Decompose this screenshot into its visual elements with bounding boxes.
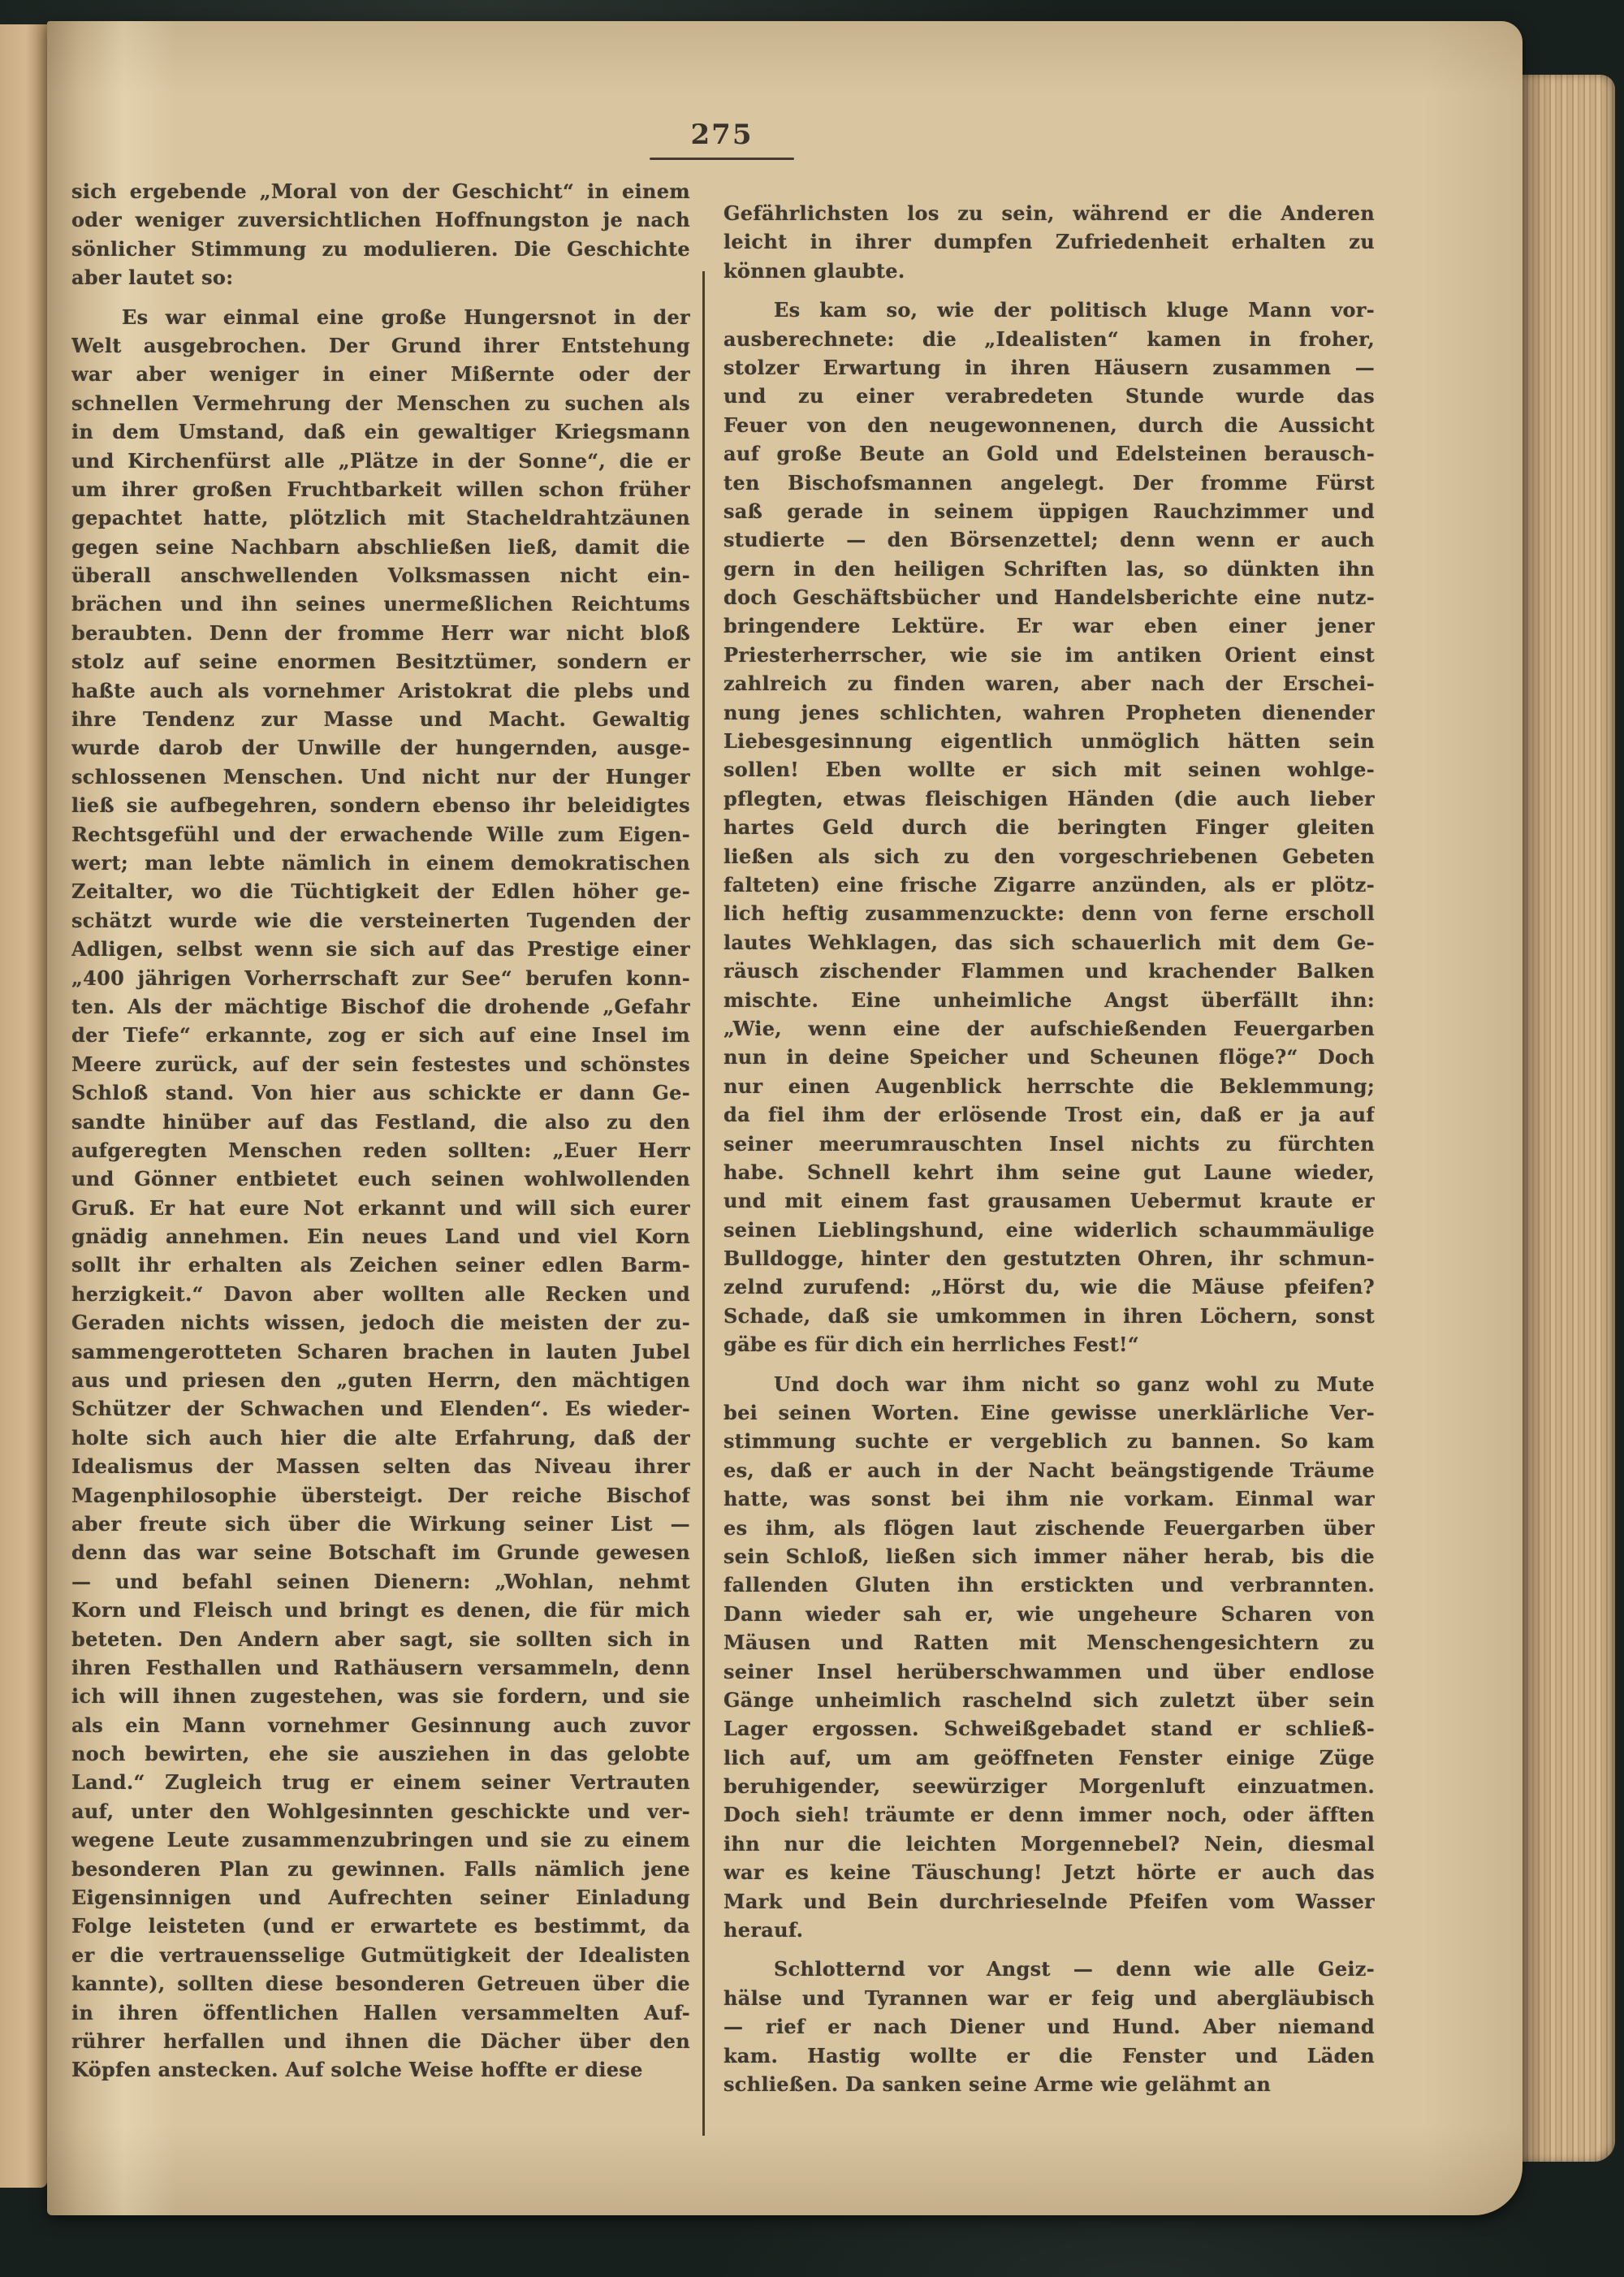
text-line: zelnd zurufend: „Hörst du, wie die Mäuse… [723, 1272, 1375, 1301]
text-line: beraubten. Denn der fromme Herr war nich… [71, 619, 690, 647]
text-line: bei seinen Worten. Eine gewisse unerklär… [723, 1398, 1375, 1427]
text-line: ihn nur die leichten Morgennebel? Nein, … [723, 1830, 1375, 1858]
text-line: überall anschwellenden Volksmassen nicht… [71, 561, 690, 590]
paragraph: Es kam so, wie der politisch kluge Mann … [723, 296, 1375, 1359]
text-line: wert; man lebte nämlich in einem demokra… [71, 849, 690, 877]
text-line: fallenden Gluten ihn erstickten und verb… [723, 1571, 1375, 1599]
text-column-left: sich ergebende „Moral von der Geschicht“… [71, 177, 690, 2085]
text-line: nung jenes schlichten, wahren Propheten … [723, 698, 1375, 727]
facing-page-edge [0, 24, 47, 2188]
text-line: war es keine Täuschung! Jetzt hörte er a… [723, 1858, 1375, 1886]
text-line: denn das war seine Botschaft im Grunde g… [71, 1538, 690, 1566]
text-line: „400 jährigen Vorherrschaft zur See“ ber… [71, 964, 690, 992]
text-line: mischte. Eine unheimliche Angst überfäll… [723, 986, 1375, 1014]
text-line: studierte — den Börsenzettel; denn wenn … [723, 525, 1375, 554]
text-line: ihre Tendenz zur Masse und Macht. Gewalt… [71, 705, 690, 733]
text-line: sein Schloß, ließen sich immer näher her… [723, 1542, 1375, 1571]
text-line: gepachtet hatte, plötzlich mit Stacheldr… [71, 503, 690, 532]
text-line: Doch sieh! träumte er denn immer noch, o… [723, 1800, 1375, 1829]
text-line: hartes Geld durch die beringten Finger g… [723, 813, 1375, 841]
text-line: gnädig annehmen. Ein neues Land und viel… [71, 1222, 690, 1251]
text-line: auf, unter den Wohlgesinnten geschickte … [71, 1797, 690, 1825]
paragraph: Gefährlichsten los zu sein, während er d… [723, 199, 1375, 285]
paragraph: Schlotternd vor Angst — denn wie alle Ge… [723, 1955, 1375, 2098]
text-line: lich auf, um am geöffneten Fenster einig… [723, 1743, 1375, 1772]
text-line: bringendere Lektüre. Er war eben einer j… [723, 611, 1375, 640]
text-line: noch bewirten, ehe sie ausziehen in das … [71, 1739, 690, 1768]
text-line: in dem Umstand, daß ein gewaltiger Krieg… [71, 417, 690, 446]
text-line: schnellen Vermehrung der Menschen zu suc… [71, 389, 690, 417]
text-line: holte sich auch hier die alte Erfahrung,… [71, 1424, 690, 1452]
text-line: beruhigender, seewürziger Morgenluft ein… [723, 1772, 1375, 1800]
text-line: Liebesgesinnung eigentlich unmöglich hät… [723, 727, 1375, 755]
text-line: stimmung suchte er vergeblich zu bannen.… [723, 1427, 1375, 1455]
text-line: Rechtsgefühl und der erwachende Wille zu… [71, 820, 690, 849]
text-line: stolzer Erwartung in ihren Häusern zusam… [723, 353, 1375, 382]
text-line: Feuer von den neugewonnenen, durch die A… [723, 411, 1375, 439]
text-line: um ihrer großen Fruchtbarkeit willen sch… [71, 475, 690, 503]
text-line: Mark und Bein durchrieselnde Pfeifen vom… [723, 1887, 1375, 1916]
text-line: schlossenen Menschen. Und nicht nur der … [71, 763, 690, 791]
text-line: brächen und ihn seines unermeßlichen Rei… [71, 590, 690, 618]
text-line: zahlreich zu finden waren, aber nach der… [723, 669, 1375, 698]
text-line: habe. Schnell kehrt ihm seine gut Laune … [723, 1158, 1375, 1186]
text-line: sollen! Eben wollte er sich mit seinen w… [723, 755, 1375, 784]
text-line: Korn und Fleisch und bringt es denen, di… [71, 1596, 690, 1624]
text-line: oder weniger zuversichtlichen Hoffnungst… [71, 205, 690, 234]
text-line: hatte, was sonst bei ihm nie vorkam. Ein… [723, 1484, 1375, 1513]
text-line: seiner meerumrauschten Insel nichts zu f… [723, 1130, 1375, 1158]
text-line: pflegten, etwas fleischigen Händen (die … [723, 784, 1375, 813]
page-number-rule [650, 158, 794, 160]
text-line: gäbe es für dich ein herrliches Fest!“ [723, 1330, 1375, 1359]
column-divider [702, 271, 705, 2136]
text-line: sich ergebende „Moral von der Geschicht“… [71, 177, 690, 205]
text-line: räusch zischender Flammen und krachender… [723, 957, 1375, 985]
text-line: Idealismus der Massen selten das Niveau … [71, 1452, 690, 1480]
text-line: seinen Lieblingshund, eine widerlich sch… [723, 1216, 1375, 1244]
text-line: Priesterherrscher, wie sie im antiken Or… [723, 641, 1375, 669]
text-line: Schlotternd vor Angst — denn wie alle Ge… [723, 1955, 1375, 1983]
text-line: hälse und Tyrannen war er feig und aberg… [723, 1984, 1375, 2012]
text-line: schätzt wurde wie die versteinerten Tuge… [71, 906, 690, 935]
text-line: er die vertrauensselige Gutmütigkeit der… [71, 1941, 690, 1969]
text-line: — rief er nach Diener und Hund. Aber nie… [723, 2012, 1375, 2041]
text-line: nur einen Augenblick herrschte die Bekle… [723, 1072, 1375, 1100]
text-line: Schade, daß sie umkommen in ihren Löcher… [723, 1302, 1375, 1330]
text-line: nun in deine Speicher und Scheunen flöge… [723, 1043, 1375, 1071]
text-line: aber freute sich über die Wirkung seiner… [71, 1510, 690, 1538]
text-line: „Wie, wenn eine der aufschießenden Feuer… [723, 1014, 1375, 1043]
text-line: es, daß er auch in der Nacht beängstigen… [723, 1456, 1375, 1484]
text-line: Gefährlichsten los zu sein, während er d… [723, 199, 1375, 227]
text-line: kannte), sollten diese besonderen Getreu… [71, 1969, 690, 1998]
text-line: Mäusen und Ratten mit Menschengesichtern… [723, 1628, 1375, 1657]
text-line: war aber weniger in einer Mißernte oder … [71, 360, 690, 388]
text-line: Eigensinnigen und Aufrechten seiner Einl… [71, 1883, 690, 1912]
text-line: besonderen Plan zu gewinnen. Falls nämli… [71, 1855, 690, 1883]
text-line: ten. Als der mächtige Bischof die drohen… [71, 992, 690, 1021]
text-line: Geraden nichts wissen, jedoch die meiste… [71, 1308, 690, 1337]
text-line: sönlicher Stimmung zu modulieren. Die Ge… [71, 235, 690, 263]
text-line: ich will ihnen zugestehen, was sie forde… [71, 1682, 690, 1710]
paragraph: sich ergebende „Moral von der Geschicht“… [71, 177, 690, 292]
text-line: und Gönner entbietet euch seinen wohlwol… [71, 1164, 690, 1193]
text-line: seiner Insel herüberschwammen und über e… [723, 1657, 1375, 1686]
page-edge-stack [1522, 75, 1615, 2162]
text-line: kam. Hastig wollte er die Fenster und Lä… [723, 2042, 1375, 2070]
text-line: der Tiefe“ erkannte, zog er sich auf ein… [71, 1021, 690, 1049]
text-line: schließen. Da sanken seine Arme wie gelä… [723, 2070, 1375, 2098]
text-line: Dann wieder sah er, wie ungeheure Schare… [723, 1600, 1375, 1628]
text-line: Es war einmal eine große Hungersnot in d… [71, 303, 690, 331]
text-line: sollt ihr erhalten als Zeichen seiner ed… [71, 1251, 690, 1279]
text-line: und zu einer verabredeten Stunde wurde d… [723, 382, 1375, 410]
text-line: beteten. Den Andern aber sagt, sie sollt… [71, 1625, 690, 1653]
text-line: ließen als sich zu den vorgeschriebenen … [723, 842, 1375, 871]
text-line: ten Bischofsmannen angelegt. Der fromme … [723, 469, 1375, 497]
text-line: auf große Beute an Gold und Edelsteinen … [723, 439, 1375, 468]
text-line: leicht in ihrer dumpfen Zufriedenheit er… [723, 227, 1375, 256]
text-line: Schützer der Schwachen und Elenden“. Es … [71, 1394, 690, 1423]
text-line: in ihren öffentlichen Hallen versammelte… [71, 1998, 690, 2027]
paragraph: Es war einmal eine große Hungersnot in d… [71, 303, 690, 2085]
text-line: können glaubte. [723, 257, 1375, 285]
text-line: Meere zurück, auf der sein festestes und… [71, 1050, 690, 1078]
page-number: 275 [650, 119, 794, 151]
paragraph: Und doch war ihm nicht so ganz wohl zu M… [723, 1370, 1375, 1945]
book-page: 275 sich ergebende „Moral von der Geschi… [47, 21, 1522, 2215]
text-line: ließ sie aufbegehren, sondern ebenso ihr… [71, 791, 690, 819]
text-line: stolz auf seine enormen Besitztümer, son… [71, 647, 690, 676]
text-line: — und befahl seinen Dienern: „Wohlan, ne… [71, 1567, 690, 1596]
text-line: als ein Mann vornehmer Gesinnung auch zu… [71, 1711, 690, 1739]
text-line: ihren Festhallen und Rathäusern versamme… [71, 1653, 690, 1682]
text-line: Adligen, selbst wenn sie sich auf das Pr… [71, 935, 690, 963]
text-line: Und doch war ihm nicht so ganz wohl zu M… [723, 1370, 1375, 1398]
text-line: Welt ausgebrochen. Der Grund ihrer Entst… [71, 331, 690, 360]
text-line: Köpfen anstecken. Auf solche Weise hofft… [71, 2055, 690, 2084]
text-line: wurde darob der Unwille der hungernden, … [71, 733, 690, 762]
text-line: sammengerotteten Scharen brachen in laut… [71, 1337, 690, 1366]
text-line: gegen seine Nachbarn abschließen ließ, d… [71, 533, 690, 561]
text-line: aus und priesen den „guten Herrn, den mä… [71, 1366, 690, 1394]
text-line: und Kirchenfürst alle „Plätze in der Son… [71, 447, 690, 475]
text-line: lautes Wehklagen, das sich schauerlich m… [723, 928, 1375, 957]
text-line: falteten) eine frische Zigarre anzünden,… [723, 871, 1375, 899]
text-line: lich heftig zusammenzuckte: denn von fer… [723, 899, 1375, 927]
text-line: es ihm, als flögen laut zischende Feuerg… [723, 1514, 1375, 1542]
page-header: 275 [650, 119, 794, 160]
text-line: Zeitalter, wo die Tüchtigkeit der Edlen … [71, 877, 690, 905]
text-column-right: Gefährlichsten los zu sein, während er d… [723, 199, 1375, 2098]
text-line: und mit einem fast grausamen Uebermut kr… [723, 1186, 1375, 1215]
text-line: Folge leisteten (und er erwartete es bes… [71, 1912, 690, 1940]
text-line: Lager ergossen. Schweißgebadet stand er … [723, 1714, 1375, 1743]
text-line: gern in den heiligen Schriften las, so d… [723, 555, 1375, 583]
text-line: saß gerade in seinem üppigen Rauchzimmer… [723, 497, 1375, 525]
text-line: Gänge unheimlich raschelnd sich zuletzt … [723, 1686, 1375, 1714]
text-line: Land.“ Zugleich trug er einem seiner Ver… [71, 1768, 690, 1796]
text-line: Schloß stand. Von hier aus schickte er d… [71, 1078, 690, 1107]
text-line: herzigkeit.“ Davon aber wollten alle Rec… [71, 1280, 690, 1308]
text-line: aufgeregten Menschen reden sollten: „Eue… [71, 1136, 690, 1164]
text-line: wegene Leute zusammenzubringen und sie z… [71, 1825, 690, 1854]
text-line: Gruß. Er hat eure Not erkannt und will s… [71, 1194, 690, 1222]
text-line: ausberechnete: die „Idealisten“ kamen in… [723, 325, 1375, 353]
text-line: da fiel ihm der erlösende Trost ein, daß… [723, 1100, 1375, 1129]
text-line: rührer herfallen und ihnen die Dächer üb… [71, 2027, 690, 2055]
text-line: Es kam so, wie der politisch kluge Mann … [723, 296, 1375, 324]
text-line: aber lautet so: [71, 263, 690, 292]
text-line: Bulldogge, hinter den gestutzten Ohren, … [723, 1244, 1375, 1272]
text-line: sandte hinüber auf das Festland, die als… [71, 1108, 690, 1136]
text-line: Magenphilosophie übersteigt. Der reiche … [71, 1481, 690, 1510]
text-line: doch Geschäftsbücher und Handelsberichte… [723, 583, 1375, 611]
text-line: herauf. [723, 1916, 1375, 1944]
text-line: haßte auch als vornehmer Aristokrat die … [71, 676, 690, 705]
